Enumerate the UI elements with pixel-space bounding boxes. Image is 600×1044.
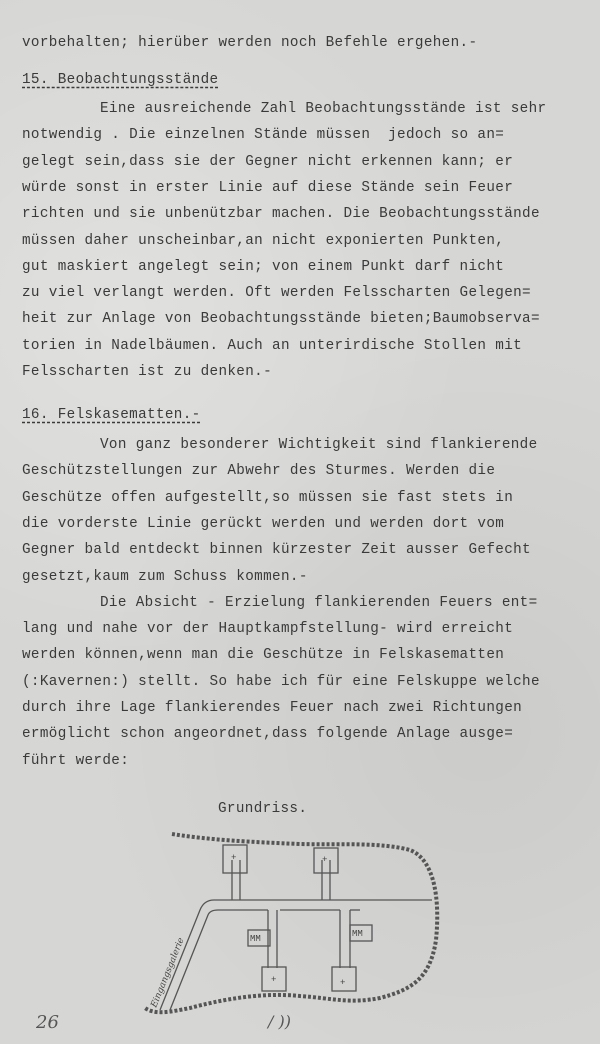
- text-line: gut maskiert angelegt sein; von einem Pu…: [22, 258, 504, 276]
- gun-marker: +: [340, 978, 345, 988]
- text-line: vorbehalten; hierüber werden noch Befehl…: [22, 34, 477, 52]
- text-line: zu viel verlangt werden. Oft werden Fels…: [22, 284, 531, 302]
- gun-marker: +: [271, 975, 276, 985]
- text-line: führt werde:: [22, 752, 129, 770]
- text-line: Die Absicht - Erzielung flankierenden Fe…: [100, 594, 538, 612]
- text-line: Gegner bald entdeckt binnen kürzester Ze…: [22, 541, 531, 559]
- text-line: (:Kavernen:) stellt. So habe ich für ein…: [22, 673, 540, 691]
- text-line: gelegt sein,dass sie der Gegner nicht er…: [22, 153, 513, 171]
- bottom-mark: / )): [268, 1012, 291, 1031]
- text-line: müssen daher unscheinbar,an nicht exponi…: [22, 232, 504, 250]
- text-line: Eine ausreichende Zahl Beobachtungsständ…: [100, 100, 546, 118]
- text-line: ermöglicht schon angeordnet,dass folgend…: [22, 725, 513, 743]
- text-line: lang und nahe vor der Hauptkampfstellung…: [22, 620, 513, 638]
- text-line: richten und sie unbenützbar machen. Die …: [22, 205, 540, 223]
- text-line: notwendig . Die einzelnen Stände müssen …: [22, 126, 504, 144]
- gun-marker: +: [231, 853, 236, 863]
- mg-label: MM: [352, 929, 363, 939]
- section-15-heading: 15. Beobachtungsstände: [22, 71, 218, 89]
- text-line: gesetzt,kaum zum Schuss kommen.-: [22, 568, 308, 586]
- gallery-lines: [160, 860, 432, 1010]
- mg-label: MM: [250, 934, 261, 944]
- floor-plan-diagram: + + + + MM MM Eingangsgalerie: [140, 820, 450, 1040]
- text-line: Felsscharten ist zu denken.-: [22, 363, 272, 381]
- text-line: durch ihre Lage flankierendes Feuer nach…: [22, 699, 522, 717]
- text-line: Von ganz besonderer Wichtigkeit sind fla…: [100, 436, 538, 454]
- gun-marker: +: [322, 855, 327, 865]
- section-16-heading: 16. Felskasematten.-: [22, 406, 201, 424]
- figure-caption: Grundriss.: [218, 800, 307, 818]
- text-line: heit zur Anlage von Beobachtungsstände b…: [22, 310, 540, 328]
- text-line: die vorderste Linie gerückt werden und w…: [22, 515, 504, 533]
- text-line: torien in Nadelbäumen. Auch an unterirdi…: [22, 337, 522, 355]
- document-page: vorbehalten; hierüber werden noch Befehl…: [0, 0, 600, 1044]
- text-line: würde sonst in erster Linie auf diese St…: [22, 179, 513, 197]
- text-line: Geschütze offen aufgestellt,so müssen si…: [22, 489, 513, 507]
- text-line: Geschützstellungen zur Abwehr des Sturme…: [22, 462, 495, 480]
- gallery-label: Eingangsgalerie: [149, 936, 187, 1010]
- rock-outline: [145, 834, 437, 1012]
- text-line: werden können,wenn man die Geschütze in …: [22, 646, 504, 664]
- page-number: 26: [36, 1012, 59, 1033]
